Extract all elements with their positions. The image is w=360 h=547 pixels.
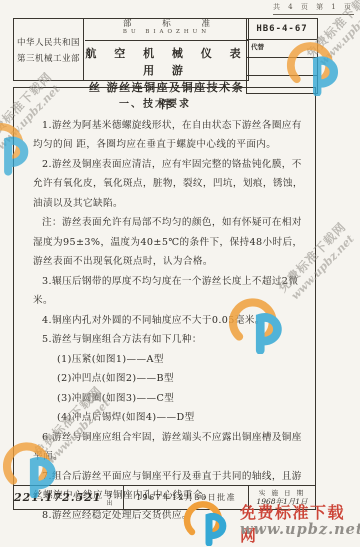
clause-2: 2.游丝及铜座表面应清洁，应有牢固完整的铬盐钝化膜，不允许有氧化皮，氧化斑点，脏… bbox=[33, 155, 303, 214]
body-box: 一、技术要求 1.游丝为阿基米德螺旋线形状，在自由状态下游丝各圈应有均匀的间 距… bbox=[13, 87, 316, 486]
watermark-big-site-url: www.upbz.net bbox=[240, 521, 360, 538]
page-number-note: 共 4 页 第 1 页 bbox=[273, 2, 354, 15]
clause-5-sub4: (4)冲点后锡焊(如图4)——D型 bbox=[57, 408, 303, 428]
issuer-cell: 中华人民共和国 第三机械工业部 bbox=[14, 19, 84, 80]
standard-number: HB6-4-67 bbox=[247, 19, 317, 40]
standard-type-row: 部 标 准 BU BIAOZHUN bbox=[85, 19, 248, 41]
clause-5-sub1: (1)压紧(如图1)——A型 bbox=[57, 350, 303, 370]
udc-cell: 221.172.521 提 出 bbox=[14, 486, 124, 509]
replaces-label: 代替 bbox=[247, 40, 317, 58]
udc-number: 221.172.521 bbox=[14, 491, 102, 504]
standard-number-cell: HB6-4-67 代替 bbox=[246, 18, 318, 94]
issuer-line2: 第三机械工业部 bbox=[14, 52, 83, 64]
clause-5-sub2: (2)冲凹点(如图2)——B型 bbox=[57, 369, 303, 389]
implementation-label: 实 施 日 期 bbox=[259, 489, 305, 497]
standard-title-line1: 航 空 机 械 仪 表 用 游 bbox=[85, 45, 248, 79]
clause-1: 1.游丝为阿基米德螺旋线形状，在自由状态下游丝各圈应有均匀的间 距，各圈均应在垂… bbox=[33, 116, 303, 155]
header-title-cell: 部 标 准 BU BIAOZHUN 航 空 机 械 仪 表 用 游 丝 游丝连铜… bbox=[85, 19, 248, 80]
clause-5-sub3: (3)冲圆圈(如图3)——C型 bbox=[57, 389, 303, 409]
section-heading: 一、技术要求 bbox=[119, 95, 303, 115]
clause-note: 注：游丝表面允许有局部不均匀的颜色，如有怀疑可在相对湿度为95±3%，温度为40… bbox=[33, 213, 303, 272]
clause-5: 5.游丝与铜座组合方法有如下几种： bbox=[33, 330, 303, 350]
header-table: 中华人民共和国 第三机械工业部 部 标 准 BU BIAOZHUN 航 空 机 … bbox=[13, 18, 249, 81]
standard-type-label: 部 标 准 bbox=[85, 20, 248, 29]
scanned-standard-page: 共 4 页 第 1 页 中华人民共和国 第三机械工业部 部 标 准 BU BIA… bbox=[0, 0, 360, 547]
standard-type-pinyin: BU BIAOZHUN bbox=[85, 29, 248, 35]
udc-label: 提 出 bbox=[107, 489, 123, 507]
issuer-line1: 中华人民共和国 bbox=[14, 36, 83, 48]
replaces-blank-row bbox=[247, 58, 317, 76]
clause-3: 3.辗压后钢带的厚度不均匀度在一个游丝长度上不超过2微米。 bbox=[33, 272, 303, 311]
approval-date: 1967年12月30日批准 bbox=[124, 486, 249, 509]
clause-4: 4.铜座内孔对外圆的不同轴度应不大于0.05毫米。 bbox=[33, 311, 303, 331]
clause-6: 6.游丝与铜座应组合牢固，游丝端头不应露出铜座槽及铜座平面。 bbox=[33, 428, 303, 467]
